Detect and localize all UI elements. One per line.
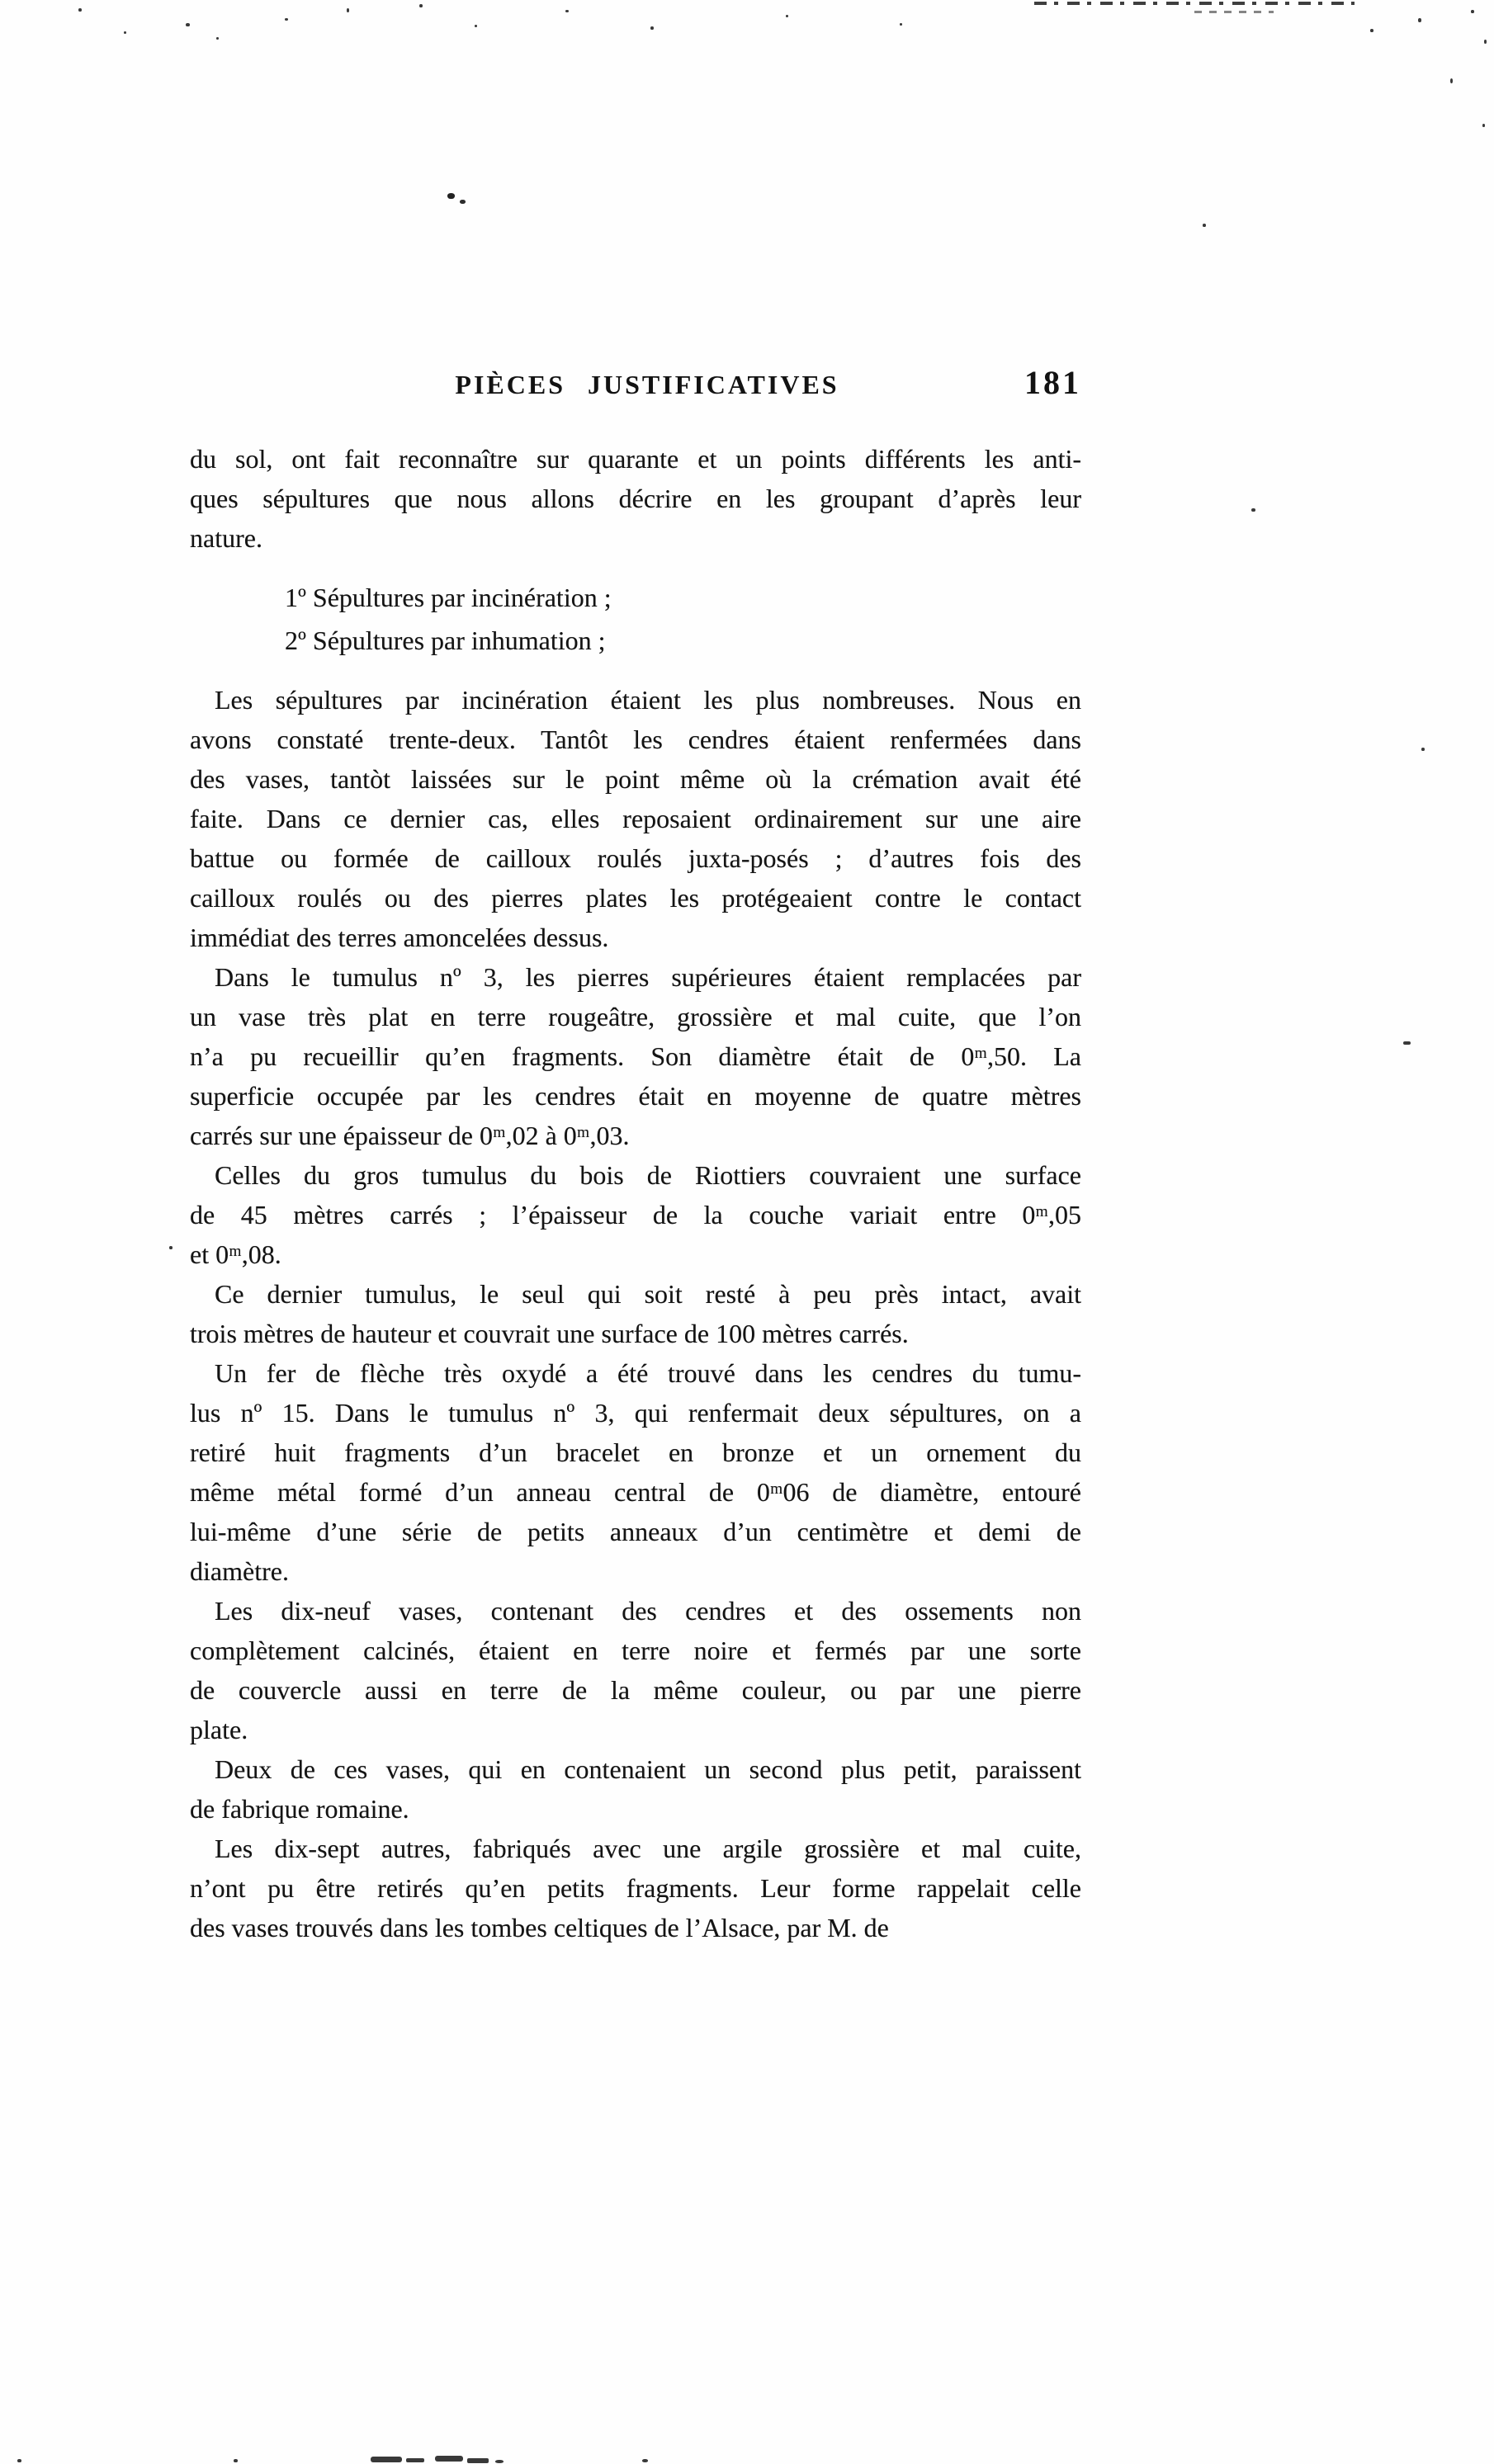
- scan-speck: [216, 37, 219, 40]
- paragraph-dix-sept-autres: Les dix-sept autres, fabriqués avec une …: [190, 1829, 1081, 1947]
- scan-speck: [347, 8, 349, 12]
- text-line: de 45 mètres carrés ; l’épaisseur de la …: [190, 1195, 1081, 1234]
- paragraph-incineration-count: Les sépultures par incinération étaient …: [190, 680, 1081, 957]
- scan-speck: [371, 2457, 402, 2462]
- text-line: plate.: [190, 1710, 1081, 1749]
- scan-speck: [1403, 1041, 1411, 1045]
- text-line: et 0ᵐ,08.: [190, 1234, 1081, 1274]
- text-line: superficie occupée par les cendres était…: [190, 1076, 1081, 1116]
- text-line: du sol, ont fait reconnaître sur quarant…: [190, 439, 1081, 479]
- text-line: complètement calcinés, étaient en terre …: [190, 1631, 1081, 1670]
- scan-speck: [124, 31, 126, 34]
- text-line: ques sépultures que nous allons décrire …: [190, 479, 1081, 518]
- scan-artifact-dashed-line-small: [1194, 11, 1274, 13]
- page-header: PIÈCES JUSTIFICATIVES 181: [190, 366, 1081, 409]
- text-line: avons constaté trente-deux. Tantôt les c…: [190, 720, 1081, 759]
- scanned-page: PIÈCES JUSTIFICATIVES 181 du sol, ont fa…: [0, 0, 1494, 2464]
- text-line: nature.: [190, 518, 1081, 558]
- text-line: lui-même d’une série de petits anneaux d…: [190, 1512, 1081, 1551]
- text-line: Dans le tumulus nº 3, les pierres supéri…: [190, 957, 1081, 997]
- text-line: lus nº 15. Dans le tumulus nº 3, qui ren…: [190, 1393, 1081, 1433]
- scan-speck: [1418, 18, 1421, 22]
- scan-speck: [435, 2456, 463, 2462]
- scan-speck: [475, 25, 477, 27]
- scan-speck: [1421, 748, 1425, 751]
- numbered-list: 1º Sépultures par incinération ; 2º Sépu…: [190, 576, 1081, 662]
- text-line: Les dix-sept autres, fabriqués avec une …: [190, 1829, 1081, 1868]
- scan-speck: [467, 2458, 489, 2463]
- scan-speck: [234, 2459, 238, 2462]
- text-line: même métal formé d’un anneau central de …: [190, 1472, 1081, 1512]
- scan-ink-blot: [460, 200, 466, 204]
- scan-ink-blot: [447, 193, 455, 199]
- text-line: Un fer de flèche très oxydé a été trouvé…: [190, 1353, 1081, 1393]
- list-item-incineration: 1º Sépultures par incinération ;: [285, 576, 1081, 619]
- scan-speck: [1484, 40, 1487, 44]
- text-line: Les sépultures par incinération étaient …: [190, 680, 1081, 720]
- text-line: Ce dernier tumulus, le seul qui soit res…: [190, 1274, 1081, 1314]
- scan-speck: [419, 4, 423, 7]
- paragraph-tumulus-3-vase: Dans le tumulus nº 3, les pierres supéri…: [190, 957, 1081, 1155]
- text-line: de fabrique romaine.: [190, 1789, 1081, 1829]
- scan-speck: [186, 23, 190, 26]
- text-column: PIÈCES JUSTIFICATIVES 181 du sol, ont fa…: [190, 366, 1081, 1947]
- text-line: Celles du gros tumulus du bois de Riotti…: [190, 1155, 1081, 1195]
- scan-speck: [17, 2459, 21, 2462]
- text-line: n’ont pu être retirés qu’en petits fragm…: [190, 1868, 1081, 1908]
- text-line: n’a pu recueillir qu’en fragments. Son d…: [190, 1036, 1081, 1076]
- list-item-inhumation: 2º Sépultures par inhumation ;: [285, 619, 1081, 662]
- text-line: carrés sur une épaisseur de 0ᵐ,02 à 0ᵐ,0…: [190, 1116, 1081, 1155]
- text-line: des vases, tantòt laissées sur le point …: [190, 759, 1081, 799]
- text-line: des vases trouvés dans les tombes celtiq…: [190, 1908, 1081, 1947]
- scan-speck: [650, 26, 654, 30]
- scan-speck: [1450, 78, 1453, 83]
- paragraph-fer-de-fleche: Un fer de flèche très oxydé a été trouvé…: [190, 1353, 1081, 1591]
- text-line: un vase très plat en terre rougeâtre, gr…: [190, 997, 1081, 1036]
- running-title: PIÈCES JUSTIFICATIVES: [455, 370, 839, 400]
- scan-speck: [1251, 508, 1255, 512]
- paragraph-riottiers-surface: Celles du gros tumulus du bois de Riotti…: [190, 1155, 1081, 1274]
- scan-speck: [495, 2460, 504, 2463]
- paragraph-continuation: du sol, ont fait reconnaître sur quarant…: [190, 439, 1081, 558]
- scan-speck: [406, 2458, 424, 2462]
- scan-speck: [786, 15, 788, 17]
- scan-speck: [285, 18, 288, 21]
- scan-artifact-dashed-line: [1034, 2, 1355, 5]
- text-line: cailloux roulés ou des pierres plates le…: [190, 878, 1081, 918]
- text-line: battue ou formée de cailloux roulés juxt…: [190, 838, 1081, 878]
- text-line: diamètre.: [190, 1551, 1081, 1591]
- text-line: Les dix-neuf vases, contenant des cendre…: [190, 1591, 1081, 1631]
- scan-speck: [642, 2459, 648, 2462]
- text-line: Deux de ces vases, qui en contenaient un…: [190, 1749, 1081, 1789]
- text-line: immédiat des terres amoncelées dessus.: [190, 918, 1081, 957]
- text-line: de couvercle aussi en terre de la même c…: [190, 1670, 1081, 1710]
- scan-speck: [900, 23, 902, 26]
- text-line: retiré huit fragments d’un bracelet en b…: [190, 1433, 1081, 1472]
- scan-speck: [169, 1246, 173, 1249]
- paragraph-fabrique-romaine: Deux de ces vases, qui en contenaient un…: [190, 1749, 1081, 1829]
- paragraph-dix-neuf-vases: Les dix-neuf vases, contenant des cendre…: [190, 1591, 1081, 1749]
- scan-speck: [1203, 224, 1206, 227]
- text-line: trois mètres de hauteur et couvrait une …: [190, 1314, 1081, 1353]
- scan-speck: [1471, 10, 1474, 13]
- text-line: faite. Dans ce dernier cas, elles reposa…: [190, 799, 1081, 838]
- page-number: 181: [1024, 363, 1081, 402]
- scan-speck: [565, 10, 569, 12]
- scan-speck: [1482, 124, 1485, 127]
- scan-speck: [1370, 29, 1373, 32]
- paragraph-tumulus-intact: Ce dernier tumulus, le seul qui soit res…: [190, 1274, 1081, 1353]
- scan-speck: [78, 8, 82, 12]
